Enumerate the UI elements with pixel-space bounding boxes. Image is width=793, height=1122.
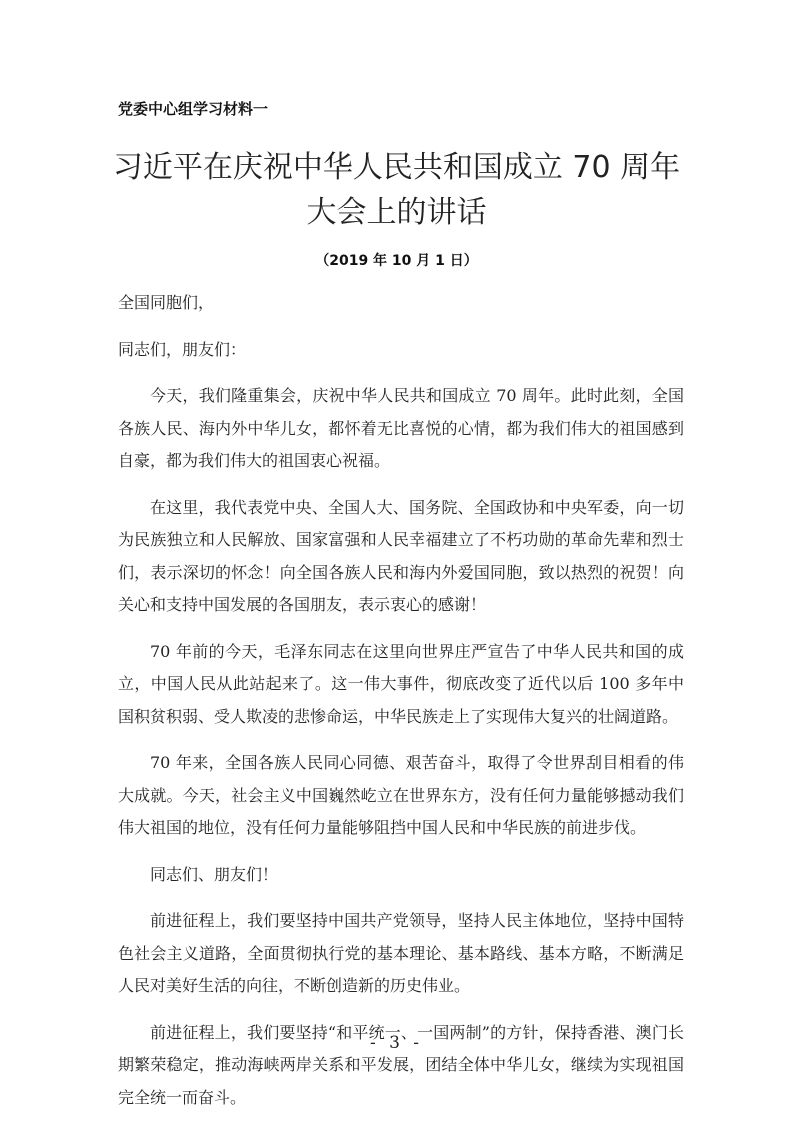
section-label: 党委中心组学习材料一	[118, 98, 268, 119]
body-paragraph: 前进征程上，我们要坚持“和平统一、一国两制”的方针，保持香港、澳门长期繁荣稳定，…	[118, 1017, 684, 1115]
document-page: 党委中心组学习材料一 习近平在庆祝中华人民共和国成立 70 周年 大会上的讲话 …	[0, 0, 793, 1122]
body-paragraph: 今天，我们隆重集会，庆祝中华人民共和国成立 70 周年。此时此刻，全国各族人民、…	[118, 380, 684, 478]
salutation-paragraph: 全国同胞们，	[118, 287, 684, 320]
body-paragraph: 在这里，我代表党中央、全国人大、国务院、全国政协和中央军委，向一切为民族独立和人…	[118, 492, 684, 622]
salutation-paragraph: 同志们，朋友们：	[118, 334, 684, 367]
body-paragraph: 同志们、朋友们！	[118, 859, 684, 892]
document-body: 全国同胞们， 同志们，朋友们： 今天，我们隆重集会，庆祝中华人民共和国成立 70…	[118, 287, 684, 1122]
speech-date: （2019 年 10 月 1 日）	[0, 250, 793, 270]
body-paragraph: 70 年来，全国各族人民同心同德、艰苦奋斗，取得了令世界刮目相看的伟大成就。今天…	[118, 747, 684, 845]
document-title-line-1: 习近平在庆祝中华人民共和国成立 70 周年	[0, 146, 793, 190]
body-paragraph: 前进征程上，我们要坚持中国共产党领导，坚持人民主体地位，坚持中国特色社会主义道路…	[118, 905, 684, 1003]
page-number: - 3 -	[0, 1033, 793, 1053]
document-title-line-2: 大会上的讲话	[0, 191, 793, 235]
body-paragraph: 70 年前的今天，毛泽东同志在这里向世界庄严宣告了中华人民共和国的成立，中国人民…	[118, 636, 684, 734]
